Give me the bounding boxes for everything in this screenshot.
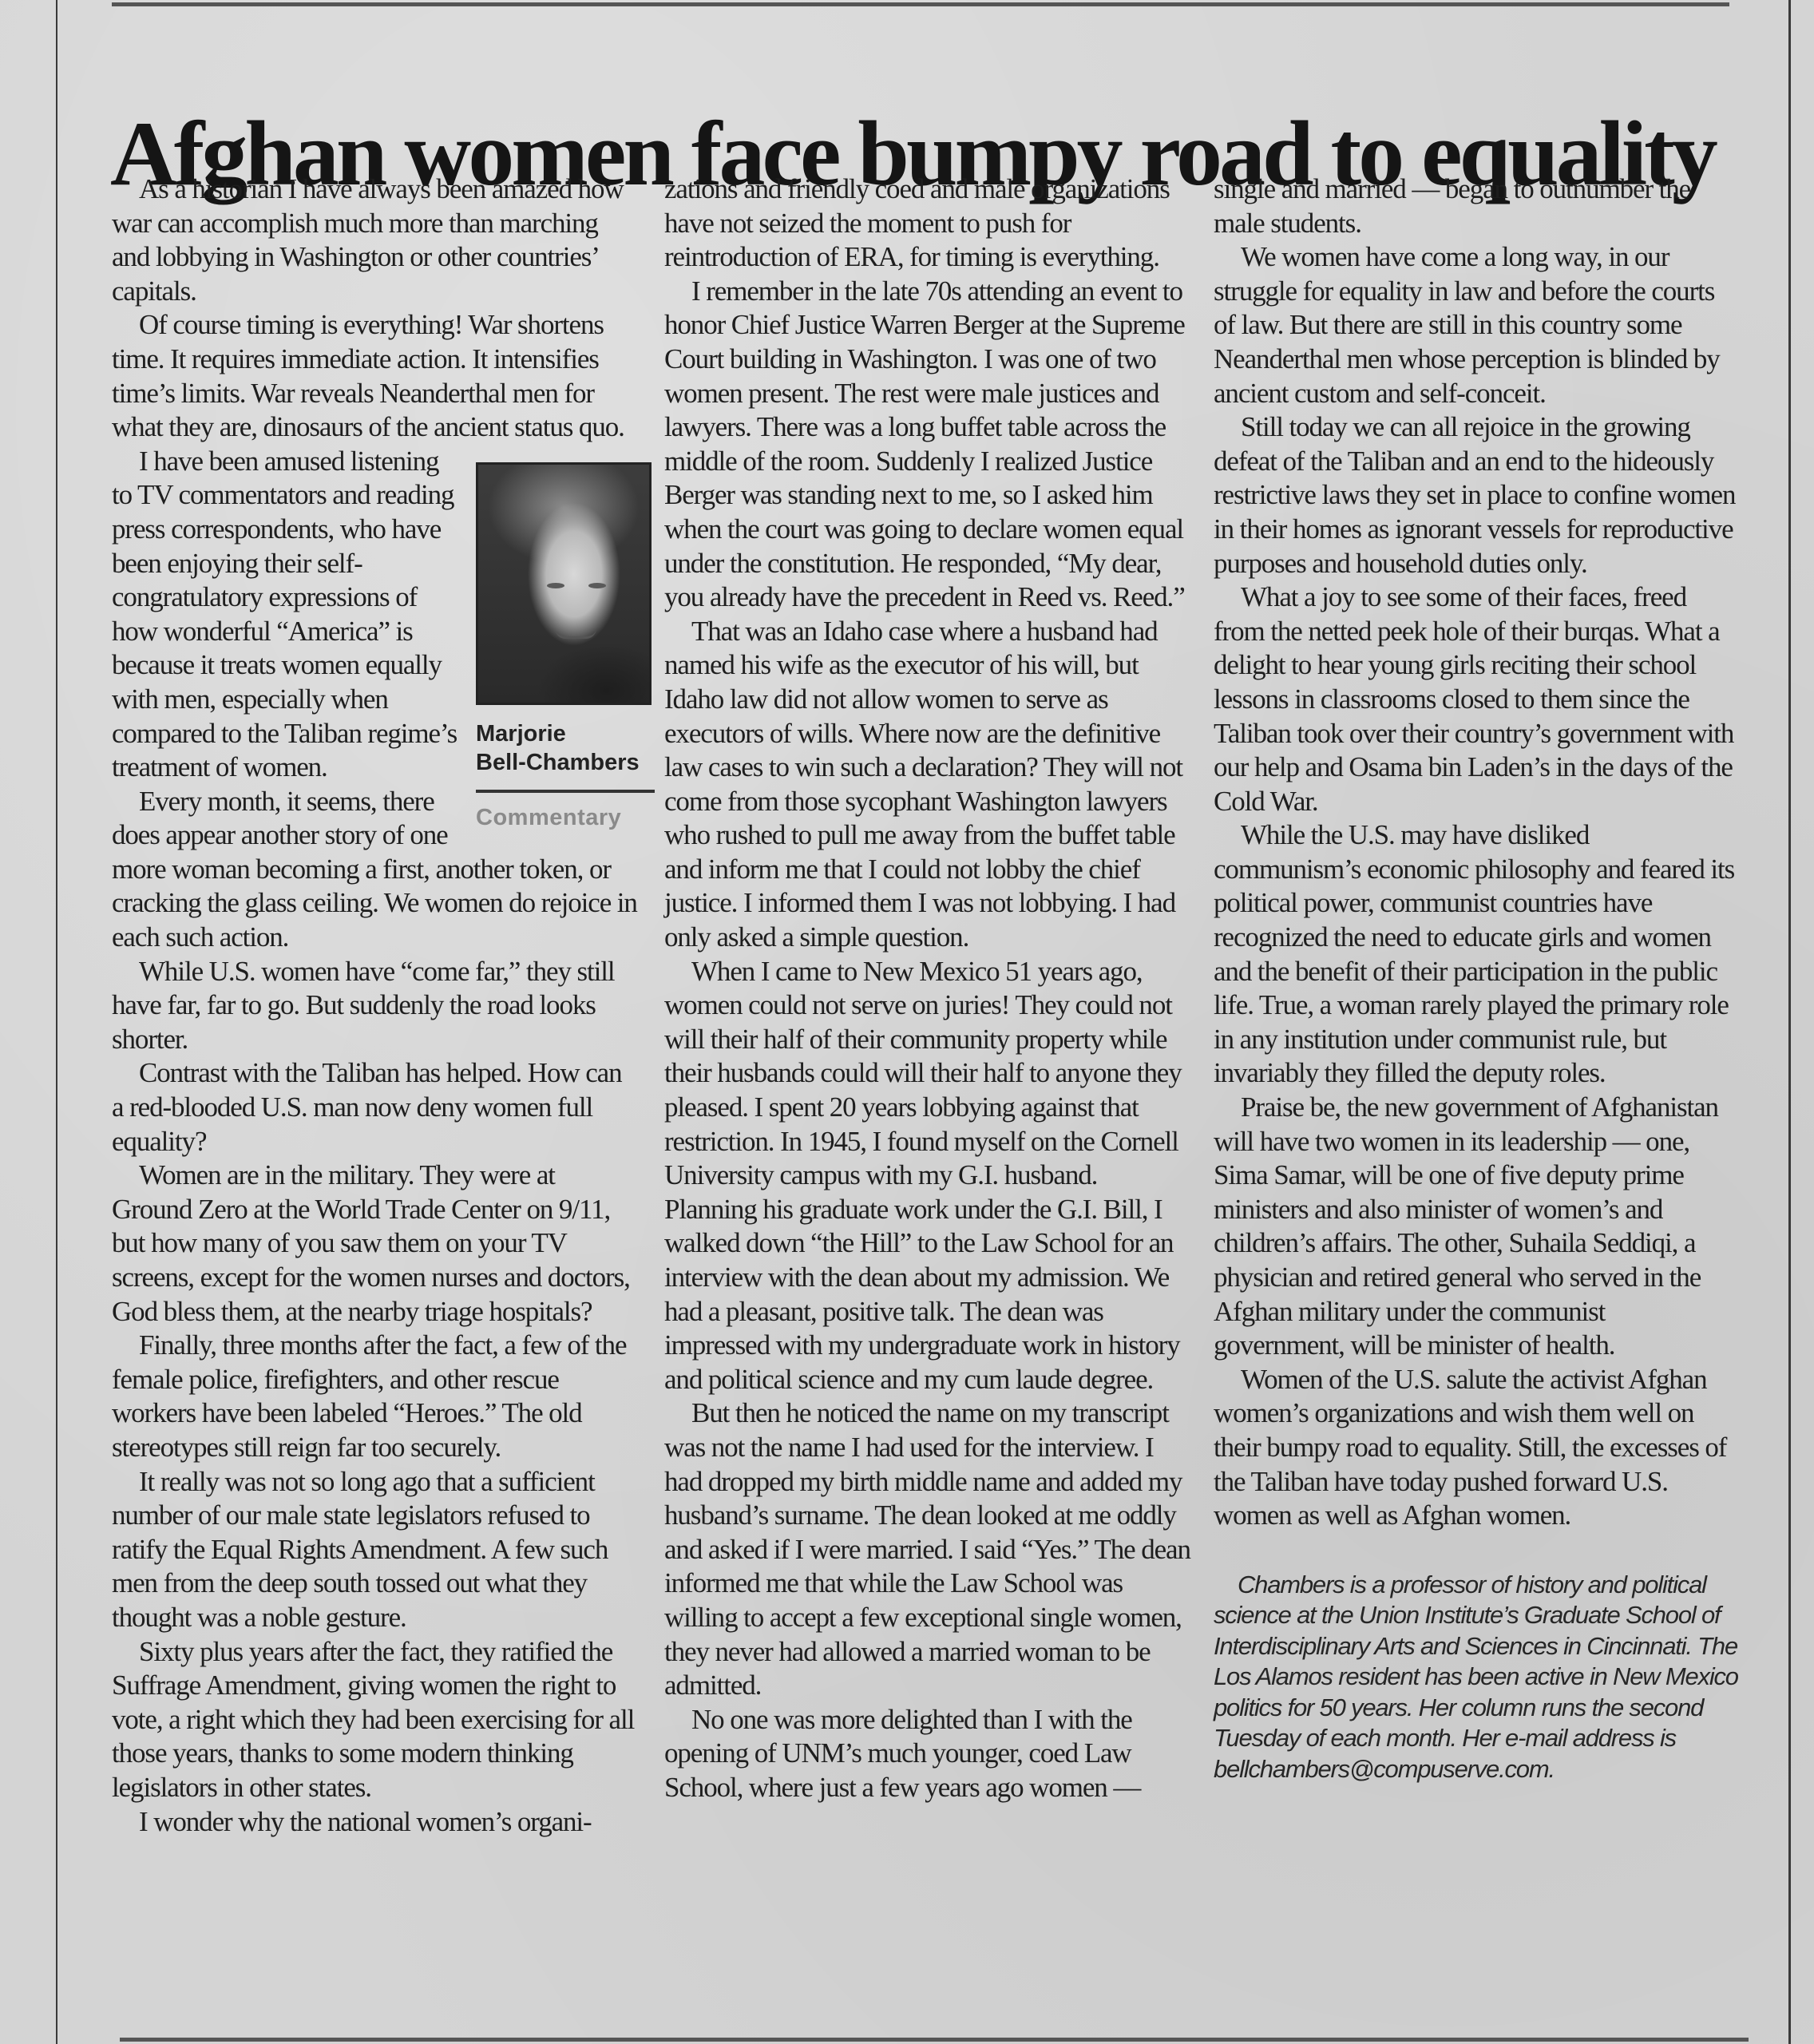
paragraph: But then he noticed the name on my trans… — [664, 1396, 1191, 1702]
paragraph: I remember in the late 70s attending an … — [664, 275, 1191, 615]
author-bio: Chambers is a professor of history and p… — [1214, 1570, 1741, 1785]
paragraph: We women have come a long way, in our st… — [1214, 240, 1741, 410]
paragraph: Of course timing is everything! War shor… — [112, 308, 639, 444]
author-bio-text: Chambers is a professor of history and p… — [1214, 1570, 1741, 1785]
paragraph: While U.S. women have “come far,” they s… — [112, 955, 639, 1057]
author-photo — [476, 462, 652, 705]
article-column-2: zations and friendly coed and male organ… — [664, 172, 1191, 1805]
paragraph: Contrast with the Taliban has helped. Ho… — [112, 1056, 639, 1159]
author-last-name: Bell-Chambers — [476, 748, 655, 777]
page-border-left — [56, 0, 57, 2044]
paragraph: No one was more delighted than I with th… — [664, 1703, 1191, 1805]
paragraph: Women of the U.S. salute the activist Af… — [1214, 1363, 1741, 1533]
paragraph: When I came to New Mexico 51 years ago, … — [664, 955, 1191, 1397]
article-column-3: single and married — began to outnumber … — [1214, 172, 1741, 1785]
paragraph: Praise be, the new government of Afghani… — [1214, 1091, 1741, 1363]
paragraph: I wonder why the national women’s organi… — [112, 1805, 639, 1840]
author-byline-box: Marjorie Bell-Chambers Commentary — [476, 462, 655, 831]
top-rule — [112, 2, 1729, 6]
byline-divider — [476, 790, 655, 793]
paragraph: Finally, three months after the fact, a … — [112, 1329, 639, 1464]
paragraph: As a historian I have always been amazed… — [112, 172, 639, 308]
bottom-rule — [120, 2038, 1749, 2042]
paragraph: What a joy to see some of their faces, f… — [1214, 580, 1741, 818]
photo-detail — [547, 583, 564, 588]
paragraph: While the U.S. may have disliked communi… — [1214, 818, 1741, 1091]
paragraph: Sixty plus years after the fact, they ra… — [112, 1635, 639, 1805]
newspaper-page: Afghan women face bumpy road to equality… — [0, 0, 1814, 2044]
author-first-name: Marjorie — [476, 719, 655, 748]
photo-detail — [555, 628, 596, 639]
paragraph: That was an Idaho case where a husband h… — [664, 615, 1191, 955]
article-column-1: As a historian I have always been amazed… — [112, 172, 639, 1839]
paragraph-continued: single and married — began to outnumber … — [1214, 172, 1741, 240]
photo-detail — [588, 583, 606, 588]
section-label: Commentary — [476, 804, 655, 831]
paragraph: Still today we can all rejoice in the gr… — [1214, 410, 1741, 580]
paragraph-continued: zations and friendly coed and male organ… — [664, 172, 1191, 275]
paragraph: Women are in the military. They were at … — [112, 1159, 639, 1329]
paragraph: It really was not so long ago that a suf… — [112, 1465, 639, 1635]
page-border-right — [1788, 0, 1791, 2044]
